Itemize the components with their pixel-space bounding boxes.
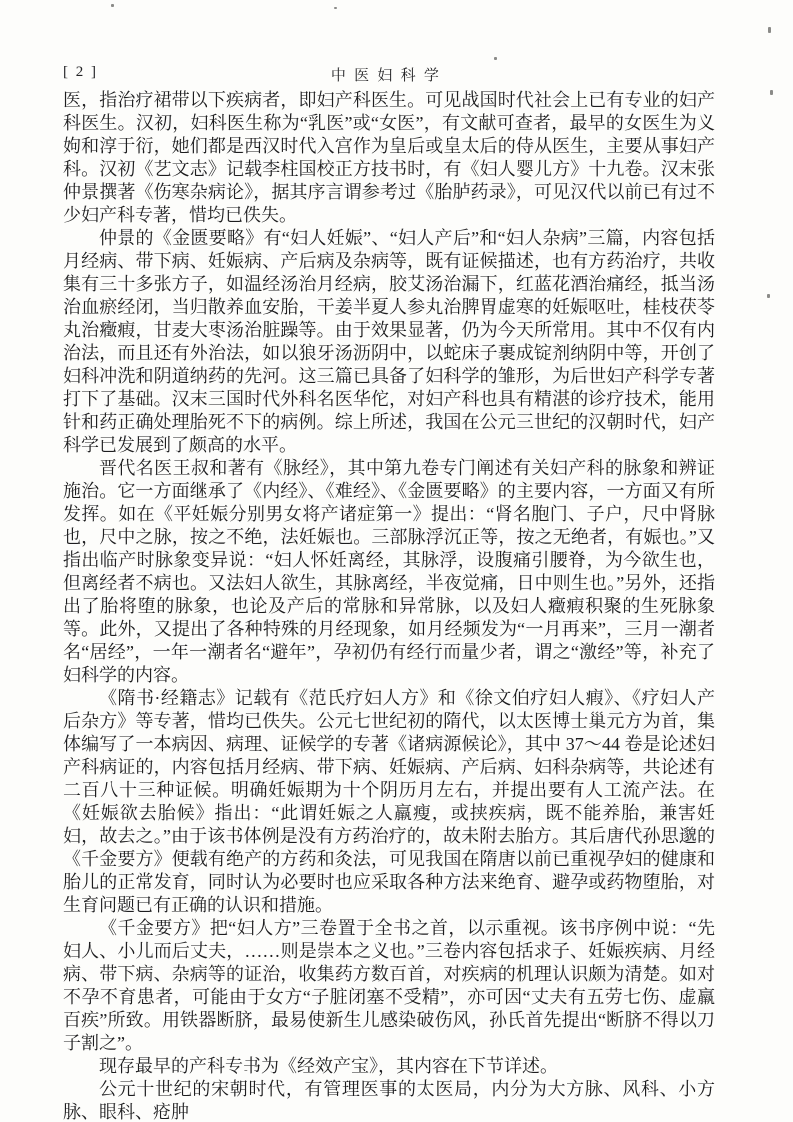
scan-artifact [494,57,497,60]
scan-artifact [334,7,337,9]
paragraph: 《隋书·经籍志》记载有《范氏疗妇人方》和《徐文伯疗妇人瘕》、《疗妇人产后杂方》等… [63,687,715,917]
scan-artifact [770,90,773,95]
scan-artifact [767,294,770,298]
book-page: [ 2 ] 中医妇科学 医，指治疗裙带以下疾病者，即妇产科医生。可见战国时代社会… [0,0,793,1122]
paragraph: 医，指治疗裙带以下疾病者，即妇产科医生。可见战国时代社会上已有专业的妇产科医生。… [63,89,715,227]
page-body: 医，指治疗裙带以下疾病者，即妇产科医生。可见战国时代社会上已有专业的妇产科医生。… [63,89,715,1122]
page-number: [ 2 ] [63,64,98,81]
paragraph: 仲景的《金匮要略》有“妇人妊娠”、“妇人产后”和“妇人杂病”三篇，内容包括月经病… [63,227,715,457]
paragraph: 公元十世纪的宋朝时代，有管理医事的太医局，内分为大方脉、风科、小方脉、眼科、疮肿 [63,1078,715,1122]
scan-footer-mark: - ˜ [244,1064,260,1076]
scan-artifact [111,4,114,7]
paragraph: 晋代名医王叔和著有《脉经》，其中第九卷专门阐述有关妇产科的脉象和辨证施治。它一方… [63,457,715,687]
paragraph: 《千金要方》把“妇人方”三卷置于全书之首，以示重视。该书序例中说：“先妇人、小儿… [63,917,715,1055]
scan-artifact [768,27,771,33]
page-header: [ 2 ] 中医妇科学 [63,64,715,86]
book-title: 中医妇科学 [331,64,447,85]
paragraph: 现存最早的产科专书为《经效产宝》，其内容在下节详述。 [63,1055,715,1078]
scan-footer-mark: · [179,1066,185,1078]
